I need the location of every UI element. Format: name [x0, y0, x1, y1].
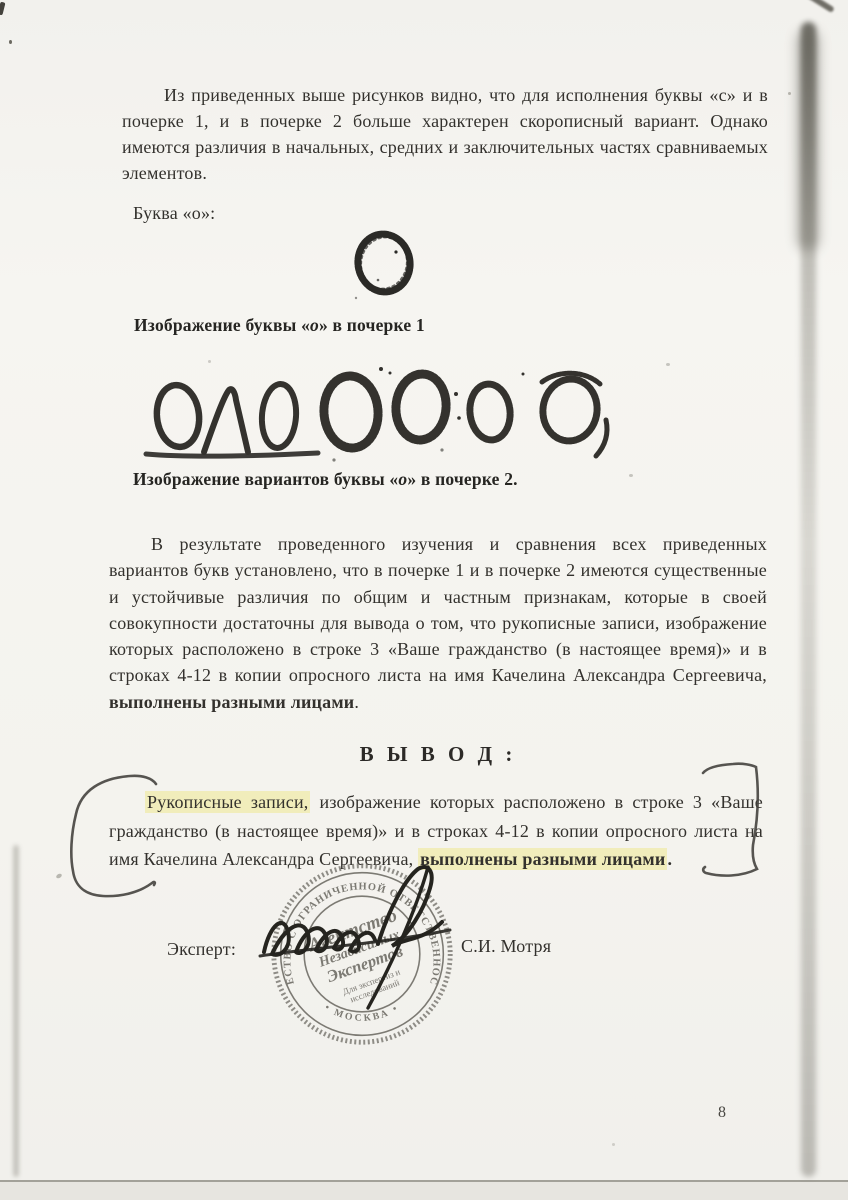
analysis-text-bold: выполнены разными лицами	[109, 692, 354, 712]
analysis-text: В результате проведенного изучения и сра…	[109, 534, 767, 685]
analysis-paragraph: В результате проведенного изучения и сра…	[109, 531, 767, 715]
pen-bracket-left	[64, 770, 159, 915]
scan-speck	[629, 474, 633, 477]
caption1-letter: о	[310, 315, 319, 335]
scan-streak-right-dark	[797, 30, 819, 250]
caption-sample1: Изображение буквы «о» в почерке 1	[134, 315, 425, 336]
scan-speck	[666, 363, 670, 366]
scan-speck	[612, 1143, 615, 1146]
handwriting-sample-letter-o-variants-script2	[138, 360, 658, 468]
scan-dot-top-left	[9, 40, 12, 44]
expert-name: С.И. Мотря	[461, 936, 551, 957]
conclusion-end: .	[667, 849, 672, 869]
caption2-pre: Изображение вариантов буквы «	[133, 469, 398, 489]
caption1-pre: Изображение буквы «	[134, 315, 310, 335]
caption2-letter: о	[398, 469, 407, 489]
scanned-expert-report-page: { "doc": { "p1": "Из приведенных выше ри…	[0, 0, 848, 1200]
caption-sample2: Изображение вариантов буквы «о» в почерк…	[133, 469, 518, 490]
expert-label: Эксперт:	[167, 939, 236, 960]
expert-signature	[248, 850, 460, 1022]
caption1-post: » в почерке 1	[319, 315, 425, 335]
scan-speck	[788, 92, 791, 95]
pen-bracket-right	[699, 757, 767, 889]
analysis-text-end: .	[354, 692, 359, 712]
intro-paragraph: Из приведенных выше рисунков видно, что …	[122, 82, 768, 186]
conclusion-heading: В Ы В О Д :	[110, 742, 766, 767]
scan-streak-left	[13, 845, 19, 1177]
page-number: 8	[718, 1104, 726, 1122]
conclusion-highlight-1: Рукописные записи,	[145, 791, 310, 813]
handwriting-sample-letter-o-script1	[344, 222, 426, 304]
letter-o-heading: Буква «о»:	[133, 203, 215, 224]
caption2-post: » в почерке 2.	[407, 469, 517, 489]
